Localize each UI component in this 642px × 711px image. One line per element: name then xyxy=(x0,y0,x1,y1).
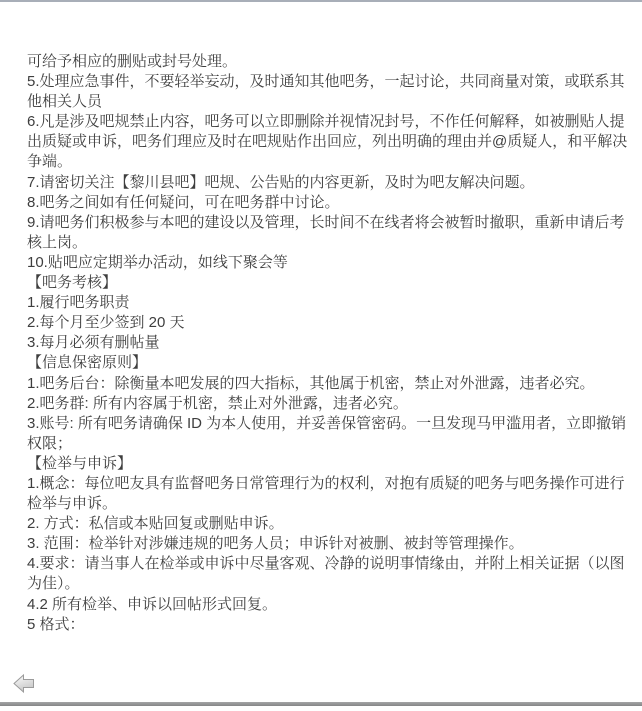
page: 可给予相应的删贴或封号处理。5.处理应急事件，不要轻举妄动，及时通知其他吧务，一… xyxy=(0,0,642,711)
text-line: 可给予相应的删贴或封号处理。 xyxy=(27,52,633,72)
text-line: 核上岗。 xyxy=(27,233,633,253)
text-line: 3. 范围：检举针对涉嫌违规的吧务人员；申诉针对被删、被封等管理操作。 xyxy=(27,534,633,554)
text-line: 2. 方式：私信或本贴回复或删贴申诉。 xyxy=(27,514,633,534)
text-line: 【吧务考核】 xyxy=(27,273,633,293)
text-line: 【信息保密原则】 xyxy=(27,353,633,373)
left-arrow-icon xyxy=(13,673,35,694)
post-content: 可给予相应的删贴或封号处理。5.处理应急事件，不要轻举妄动，及时通知其他吧务，一… xyxy=(27,52,633,635)
text-line: 5.处理应急事件，不要轻举妄动，及时通知其他吧务，一起讨论，共同商量对策，或联系… xyxy=(27,72,633,92)
text-line: 他相关人员 xyxy=(27,92,633,112)
text-line: 3.每月必须有删帖量 xyxy=(27,333,633,353)
text-line: 1.吧务后台：除衡量本吧发展的四大指标，其他属于机密，禁止对外泄露，违者必究。 xyxy=(27,374,633,394)
text-line: 2.吧务群: 所有内容属于机密，禁止对外泄露，违者必究。 xyxy=(27,394,633,414)
text-line: 4.要求：请当事人在检举或申诉中尽量客观、冷静的说明事情缘由，并附上相关证据（以… xyxy=(27,554,633,574)
text-line: 2.每个月至少签到 20 天 xyxy=(27,313,633,333)
text-line: 【检举与申诉】 xyxy=(27,454,633,474)
text-line: 1.概念：每位吧友具有监督吧务日常管理行为的权利，对抱有质疑的吧务与吧务操作可进… xyxy=(27,474,633,494)
text-line: 4.2 所有检举、申诉以回帖形式回复。 xyxy=(27,595,633,615)
text-line: 检举与申诉。 xyxy=(27,494,633,514)
text-line: 为佳）。 xyxy=(27,574,633,594)
back-button[interactable] xyxy=(13,673,35,694)
text-line: 权限； xyxy=(27,434,633,454)
text-line: 6.凡是涉及吧规禁止内容，吧务可以立即删除并视情况封号，不作任何解释，如被删贴人… xyxy=(27,112,633,132)
text-line: 争端。 xyxy=(27,152,633,172)
text-line: 10.贴吧应定期举办活动，如线下聚会等 xyxy=(27,253,633,273)
text-line: 8.吧务之间如有任何疑问，可在吧务群中讨论。 xyxy=(27,193,633,213)
text-line: 1.履行吧务职责 xyxy=(27,293,633,313)
bottom-divider xyxy=(0,702,642,706)
text-line: 9.请吧务们积极参与本吧的建设以及管理，长时间不在线者将会被暂时撤职，重新申请后… xyxy=(27,213,633,233)
text-line: 出质疑或申诉，吧务们理应及时在吧规贴作出回应，列出明确的理由并@质疑人，和平解决 xyxy=(27,132,633,152)
text-line: 7.请密切关注【黎川县吧】吧规、公告贴的内容更新，及时为吧友解决问题。 xyxy=(27,173,633,193)
text-line: 5 格式： xyxy=(27,615,633,635)
text-line: 3.账号: 所有吧务请确保 ID 为本人使用，并妥善保管密码。一旦发现马甲滥用者… xyxy=(27,414,633,434)
